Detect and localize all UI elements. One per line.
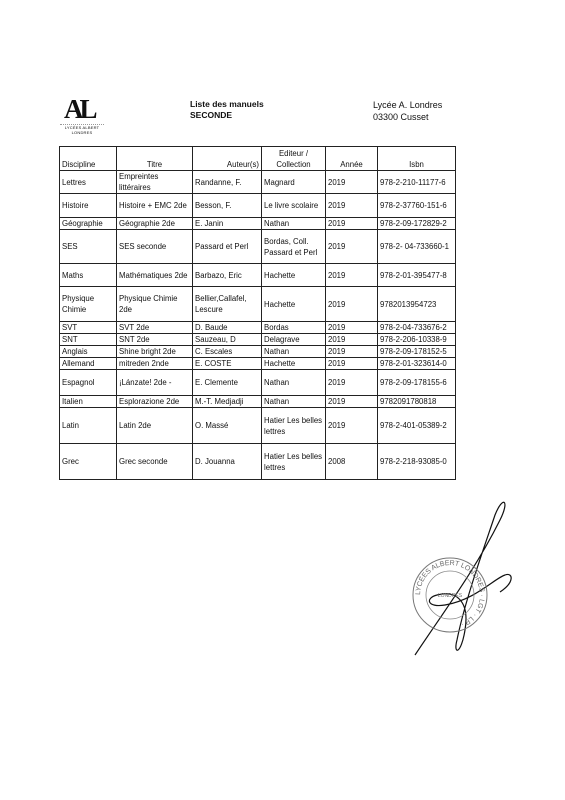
cell-annee: 2019	[326, 346, 378, 358]
cell-isbn: 9782091780818	[378, 396, 456, 408]
cell-annee: 2019	[326, 230, 378, 264]
logo-monogram: AL	[60, 96, 104, 122]
table-row: GéographieGéographie 2deE. JaninNathan20…	[60, 218, 456, 230]
textbook-table: Discipline Titre Auteur(s) Editeur / Col…	[59, 146, 456, 480]
cell-isbn: 978-2-09-178155-6	[378, 370, 456, 396]
table-row: SESSES secondePassard et PerlBordas, Col…	[60, 230, 456, 264]
table-header-row: Discipline Titre Auteur(s) Editeur / Col…	[60, 147, 456, 171]
cell-editeur: Le livre scolaire	[262, 194, 326, 218]
cell-auteurs: C. Escales	[193, 346, 262, 358]
cell-discipline: Espagnol	[60, 370, 117, 396]
cell-discipline: Italien	[60, 396, 117, 408]
cell-editeur: Hatier Les belles lettres	[262, 408, 326, 444]
cell-annee: 2019	[326, 322, 378, 334]
logo-caption: LYCÉES ALBERT LONDRES	[60, 124, 104, 135]
cell-isbn: 978-2-401-05389-2	[378, 408, 456, 444]
cell-annee: 2019	[326, 334, 378, 346]
cell-discipline: Latin	[60, 408, 117, 444]
school-logo: AL LYCÉES ALBERT LONDRES	[60, 96, 104, 136]
cell-auteurs: M.-T. Medjadji	[193, 396, 262, 408]
table-row: LettresEmpreintes littérairesRandanne, F…	[60, 171, 456, 194]
cell-isbn: 978-2-206-10338-9	[378, 334, 456, 346]
cell-editeur: Nathan	[262, 370, 326, 396]
cell-titre: Histoire + EMC 2de	[117, 194, 193, 218]
title-line-1: Liste des manuels	[190, 99, 264, 110]
cell-editeur: Hachette	[262, 264, 326, 287]
cell-auteurs: D. Jouanna	[193, 444, 262, 480]
cell-titre: SES seconde	[117, 230, 193, 264]
cell-discipline: Maths	[60, 264, 117, 287]
cell-auteurs: Besson, F.	[193, 194, 262, 218]
cell-annee: 2019	[326, 358, 378, 370]
table-row: SNTSNT 2deSauzeau, DDelagrave2019978-2-2…	[60, 334, 456, 346]
column-header: Année	[326, 147, 378, 171]
cell-isbn: 978-2-01-323614-0	[378, 358, 456, 370]
cell-discipline: SES	[60, 230, 117, 264]
cell-auteurs: Bellier,Callafel, Lescure	[193, 287, 262, 322]
cell-discipline: Anglais	[60, 346, 117, 358]
cell-titre: Grec seconde	[117, 444, 193, 480]
column-header: Auteur(s)	[193, 147, 262, 171]
table-row: HistoireHistoire + EMC 2deBesson, F.Le l…	[60, 194, 456, 218]
cell-discipline: SVT	[60, 322, 117, 334]
title-line-2: SECONDE	[190, 110, 264, 121]
cell-editeur: Magnard	[262, 171, 326, 194]
cell-editeur: Nathan	[262, 346, 326, 358]
stamp-center-text: LONDRES	[438, 593, 463, 599]
cell-titre: Mathématiques 2de	[117, 264, 193, 287]
table-row: Allemandmitreden 2ndeE. COSTEHachette201…	[60, 358, 456, 370]
cell-titre: SNT 2de	[117, 334, 193, 346]
cell-auteurs: Barbazo, Eric	[193, 264, 262, 287]
cell-isbn: 978-2-37760-151-6	[378, 194, 456, 218]
table-row: MathsMathématiques 2deBarbazo, EricHache…	[60, 264, 456, 287]
table-row: ItalienEsplorazione 2deM.-T. MedjadjiNat…	[60, 396, 456, 408]
cell-titre: Latin 2de	[117, 408, 193, 444]
table-row: GrecGrec secondeD. JouannaHatier Les bel…	[60, 444, 456, 480]
cell-titre: Physique Chimie 2de	[117, 287, 193, 322]
column-header: Titre	[117, 147, 193, 171]
cell-auteurs: E. Clemente	[193, 370, 262, 396]
cell-discipline: Allemand	[60, 358, 117, 370]
column-header: Discipline	[60, 147, 117, 171]
cell-editeur: Delagrave	[262, 334, 326, 346]
cell-annee: 2019	[326, 370, 378, 396]
cell-annee: 2019	[326, 264, 378, 287]
cell-annee: 2019	[326, 218, 378, 230]
document-title: Liste des manuels SECONDE	[190, 99, 264, 121]
school-name: Lycée A. Londres	[373, 99, 442, 111]
cell-annee: 2008	[326, 444, 378, 480]
cell-auteurs: O. Massé	[193, 408, 262, 444]
cell-discipline: Lettres	[60, 171, 117, 194]
cell-annee: 2019	[326, 396, 378, 408]
cell-auteurs: Passard et Perl	[193, 230, 262, 264]
cell-editeur: Nathan	[262, 218, 326, 230]
table-row: Espagnol¡Lánzate! 2de -E. ClementeNathan…	[60, 370, 456, 396]
cell-annee: 2019	[326, 194, 378, 218]
cell-auteurs: Randanne, F.	[193, 171, 262, 194]
table-row: SVTSVT 2deD. BaudeBordas2019978-2-04-733…	[60, 322, 456, 334]
cell-auteurs: D. Baude	[193, 322, 262, 334]
cell-editeur: Nathan	[262, 396, 326, 408]
cell-auteurs: Sauzeau, D	[193, 334, 262, 346]
cell-isbn: 9782013954723	[378, 287, 456, 322]
cell-titre: Esplorazione 2de	[117, 396, 193, 408]
cell-discipline: Grec	[60, 444, 117, 480]
cell-isbn: 978-2-04-733676-2	[378, 322, 456, 334]
cell-isbn: 978-2-09-172829-2	[378, 218, 456, 230]
cell-isbn: 978-2- 04-733660-1	[378, 230, 456, 264]
cell-editeur: Bordas	[262, 322, 326, 334]
table-row: AnglaisShine bright 2deC. EscalesNathan2…	[60, 346, 456, 358]
cell-titre: Empreintes littéraires	[117, 171, 193, 194]
school-stamp: LYCÉES ALBERT LONDRES · LGT · LP · LONDR…	[410, 555, 490, 635]
column-header: Editeur / Collection	[262, 147, 326, 171]
cell-annee: 2019	[326, 408, 378, 444]
cell-discipline: Histoire	[60, 194, 117, 218]
cell-isbn: 978-2-01-395477-8	[378, 264, 456, 287]
cell-editeur: Hachette	[262, 287, 326, 322]
cell-isbn: 978-2-210-11177-6	[378, 171, 456, 194]
cell-titre: mitreden 2nde	[117, 358, 193, 370]
cell-isbn: 978-2-09-178152-5	[378, 346, 456, 358]
table-row: Physique ChimiePhysique Chimie 2deBellie…	[60, 287, 456, 322]
cell-isbn: 978-2-218-93085-0	[378, 444, 456, 480]
table-row: LatinLatin 2deO. MasséHatier Les belles …	[60, 408, 456, 444]
cell-editeur: Hachette	[262, 358, 326, 370]
column-header: Isbn	[378, 147, 456, 171]
cell-editeur: Hatier Les belles lettres	[262, 444, 326, 480]
school-address: Lycée A. Londres 03300 Cusset	[373, 99, 442, 123]
cell-titre: SVT 2de	[117, 322, 193, 334]
cell-auteurs: E. Janin	[193, 218, 262, 230]
cell-discipline: Géographie	[60, 218, 117, 230]
cell-discipline: Physique Chimie	[60, 287, 117, 322]
cell-annee: 2019	[326, 287, 378, 322]
cell-annee: 2019	[326, 171, 378, 194]
cell-titre: Géographie 2de	[117, 218, 193, 230]
cell-titre: ¡Lánzate! 2de -	[117, 370, 193, 396]
school-city: 03300 Cusset	[373, 111, 442, 123]
cell-editeur: Bordas, Coll. Passard et Perl	[262, 230, 326, 264]
cell-auteurs: E. COSTE	[193, 358, 262, 370]
cell-discipline: SNT	[60, 334, 117, 346]
cell-titre: Shine bright 2de	[117, 346, 193, 358]
